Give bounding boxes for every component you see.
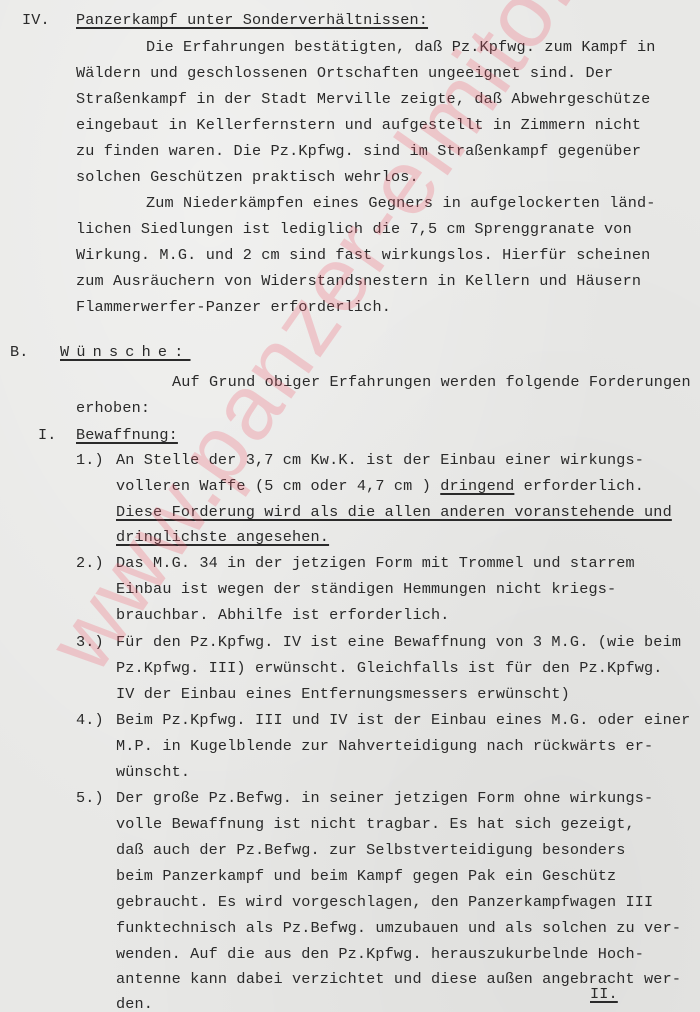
paragraph-line: Die Erfahrungen bestätigten, daß Pz.Kpfw…	[146, 37, 656, 57]
section-iv-number: IV.	[22, 10, 50, 30]
next-page-marker: II.	[590, 984, 618, 1004]
item-line-text: volleren Waffe (5 cm oder 4,7 cm )	[116, 477, 440, 495]
item-line: M.P. in Kugelblende zur Nahverteidigung …	[116, 736, 653, 756]
paragraph-line: zum Ausräuchern von Widerstandsnestern i…	[76, 271, 641, 291]
item-line: Für den Pz.Kpfwg. IV ist eine Bewaffnung…	[116, 632, 681, 652]
item-line: wenden. Auf die aus den Pz.Kpfwg. heraus…	[116, 944, 644, 964]
item-line: An Stelle der 3,7 cm Kw.K. ist der Einba…	[116, 450, 644, 470]
intro-line: Auf Grund obiger Erfahrungen werden folg…	[172, 372, 691, 392]
paragraph-line: eingebaut in Kellerfernstern und aufgest…	[76, 115, 641, 135]
item-line: Einbau ist wegen der ständigen Hemmungen…	[116, 579, 616, 599]
item-line: Der große Pz.Befwg. in seiner jetzigen F…	[116, 788, 653, 808]
paragraph-line: zu finden waren. Die Pz.Kpfwg. sind im S…	[76, 141, 641, 161]
paragraph-line: Zum Niederkämpfen eines Gegners in aufge…	[146, 193, 656, 213]
item-number: 5.)	[76, 788, 104, 808]
section-b-title: Wünsche:	[60, 342, 191, 362]
section-iv-title: Panzerkampf unter Sonderverhältnissen:	[76, 10, 428, 30]
item-line: den.	[116, 994, 153, 1012]
item-line: beim Panzerkampf und beim Kampf gegen Pa…	[116, 866, 616, 886]
item-line-with-emphasis: volleren Waffe (5 cm oder 4,7 cm ) dring…	[116, 476, 644, 496]
item-line: Pz.Kpfwg. III) erwünscht. Gleichfalls is…	[116, 658, 663, 678]
item-line-underlined: Diese Forderung wird als die allen ander…	[116, 502, 672, 522]
item-number: 2.)	[76, 553, 104, 573]
item-line-underlined: dringlichste angesehen.	[116, 527, 329, 547]
item-line: Das M.G. 34 in der jetzigen Form mit Tro…	[116, 553, 635, 573]
section-b-letter: B.	[10, 342, 29, 362]
paragraph-line: Flammerwerfer-Panzer erforderlich.	[76, 297, 391, 317]
item-number: 3.)	[76, 632, 104, 652]
item-number: 1.)	[76, 450, 104, 470]
item-line: volle Bewaffnung ist nicht tragbar. Es h…	[116, 814, 635, 834]
paragraph-line: solchen Geschützen praktisch wehrlos.	[76, 167, 419, 187]
paragraph-line: Wirkung. M.G. und 2 cm sind fast wirkung…	[76, 245, 650, 265]
subsection-title: Bewaffnung:	[76, 425, 178, 445]
item-line: wünscht.	[116, 762, 190, 782]
paragraph-line: Wäldern und geschlossenen Ortschaften un…	[76, 63, 613, 83]
item-line-text: erforderlich.	[514, 477, 644, 495]
item-number: 4.)	[76, 710, 104, 730]
document-page: IV. Panzerkampf unter Sonderverhältnisse…	[0, 0, 700, 1012]
paragraph-line: Straßenkampf in der Stadt Merville zeigt…	[76, 89, 650, 109]
item-line: IV der Einbau eines Entfernungsmessers e…	[116, 684, 570, 704]
item-line: daß auch der Pz.Befwg. zur Selbstverteid…	[116, 840, 626, 860]
item-line: gebraucht. Es wird vorgeschlagen, den Pa…	[116, 892, 653, 912]
intro-line: erhoben:	[76, 398, 150, 418]
item-line: Beim Pz.Kpfwg. III und IV ist der Einbau…	[116, 710, 690, 730]
subsection-number: I.	[38, 425, 57, 445]
item-line: brauchbar. Abhilfe ist erforderlich.	[116, 605, 450, 625]
item-line: funktechnisch als Pz.Befwg. umzubauen un…	[116, 918, 681, 938]
emphasis-word: dringend	[440, 477, 514, 495]
paragraph-line: lichen Siedlungen ist lediglich die 7,5 …	[76, 219, 632, 239]
